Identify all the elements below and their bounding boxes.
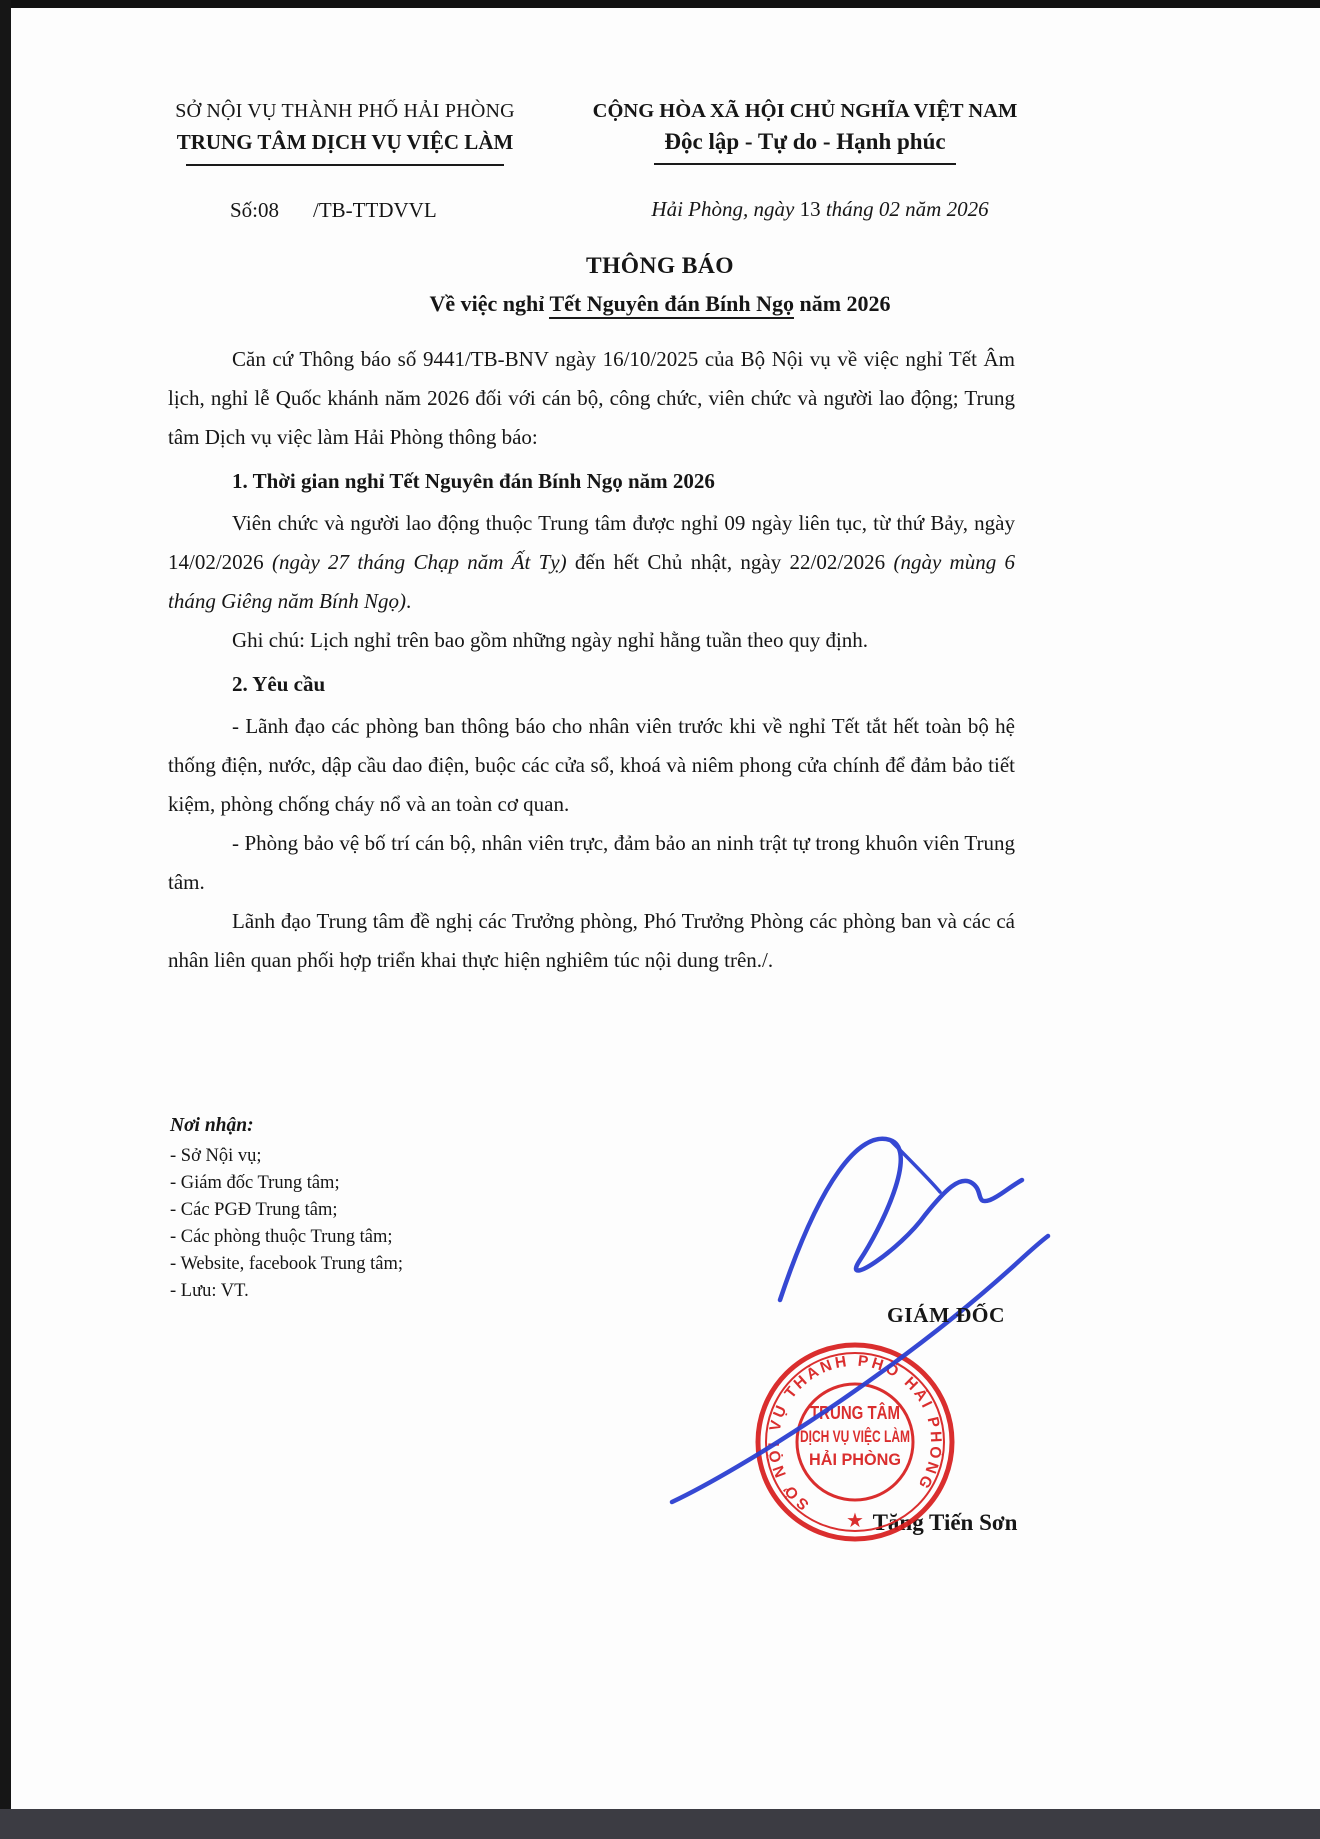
holiday-text-end: . [406, 589, 411, 613]
subtitle-underlined: Tết Nguyên đán Bính Ngọ [549, 291, 794, 319]
scan-artifact-top [0, 0, 1320, 8]
paragraph-requirement-1: - Lãnh đạo các phòng ban thông báo cho n… [168, 707, 1015, 824]
document-page: SỞ NỘI VỤ THÀNH PHỐ HẢI PHÒNG TRUNG TÂM … [0, 0, 1320, 1839]
recipient-item: - Lưu: VT. [170, 1278, 403, 1305]
scan-artifact-bottom [0, 1809, 1320, 1839]
recipient-item: - Giám đốc Trung tâm; [170, 1170, 403, 1197]
recipient-item: - Các PGĐ Trung tâm; [170, 1197, 403, 1224]
recipient-item: - Website, facebook Trung tâm; [170, 1251, 403, 1278]
section-1-heading: 1. Thời gian nghỉ Tết Nguyên đán Bính Ng… [168, 462, 1015, 501]
number-symbol: /TB-TTDVVL [313, 198, 437, 222]
national-title: CỘNG HÒA XÃ HỘI CHỦ NGHĨA VIỆT NAM [560, 100, 1050, 123]
document-body: Căn cứ Thông báo số 9441/TB-BNV ngày 16/… [168, 340, 1015, 980]
holiday-text-2: đến hết Chủ nhật, ngày 22/02/2026 [567, 550, 894, 574]
paragraph-holiday-dates: Viên chức và người lao động thuộc Trung … [168, 504, 1015, 621]
subtitle-suffix: năm 2026 [794, 291, 891, 316]
paragraph-note: Ghi chú: Lịch nghỉ trên bao gồm những ng… [168, 621, 1015, 660]
org-underline [186, 164, 504, 166]
section-2-heading: 2. Yêu cầu [168, 665, 1015, 704]
recipient-item: - Các phòng thuộc Trung tâm; [170, 1224, 403, 1251]
national-motto: Độc lập - Tự do - Hạnh phúc [560, 129, 1050, 155]
org-parent-name: SỞ NỘI VỤ THÀNH PHỐ HẢI PHÒNG [110, 100, 580, 123]
place-prefix: Hải Phòng, ngày [651, 197, 799, 221]
document-number: Số:08/TB-TTDVVL [230, 198, 437, 223]
motto-underline [654, 163, 956, 165]
paragraph-basis: Căn cứ Thông báo số 9441/TB-BNV ngày 16/… [168, 340, 1015, 457]
recipient-item: - Sở Nội vụ; [170, 1143, 403, 1170]
header-national-motto: CỘNG HÒA XÃ HỘI CHỦ NGHĨA VIỆT NAM Độc l… [560, 100, 1050, 165]
org-name: TRUNG TÂM DỊCH VỤ VIỆC LÀM [110, 130, 580, 155]
date-day: 13 [800, 197, 821, 221]
paragraph-requirement-2: - Phòng bảo vệ bố trí cán bộ, nhân viên … [168, 824, 1015, 902]
document-subtitle: Về việc nghỉ Tết Nguyên đán Bính Ngọ năm… [0, 291, 1320, 317]
header-issuing-org: SỞ NỘI VỤ THÀNH PHỐ HẢI PHÒNG TRUNG TÂM … [110, 100, 580, 166]
date-suffix: tháng 02 năm 2026 [821, 197, 989, 221]
document-title: THÔNG BÁO [0, 253, 1320, 280]
lunar-date-1: (ngày 27 tháng Chạp năm Ất Tỵ) [272, 550, 567, 574]
subtitle-prefix: Về việc nghỉ [429, 291, 549, 316]
recipients-block: Nơi nhận: - Sở Nội vụ; - Giám đốc Trung … [170, 1112, 403, 1305]
signer-title: GIÁM ĐỐC [796, 1303, 1096, 1328]
place-and-date: Hải Phòng, ngày 13 tháng 02 năm 2026 [590, 197, 1050, 222]
recipients-label: Nơi nhận: [170, 1112, 403, 1139]
number-label: Số:08 [230, 198, 279, 222]
paragraph-closing: Lãnh đạo Trung tâm đề nghị các Trưởng ph… [168, 902, 1015, 980]
